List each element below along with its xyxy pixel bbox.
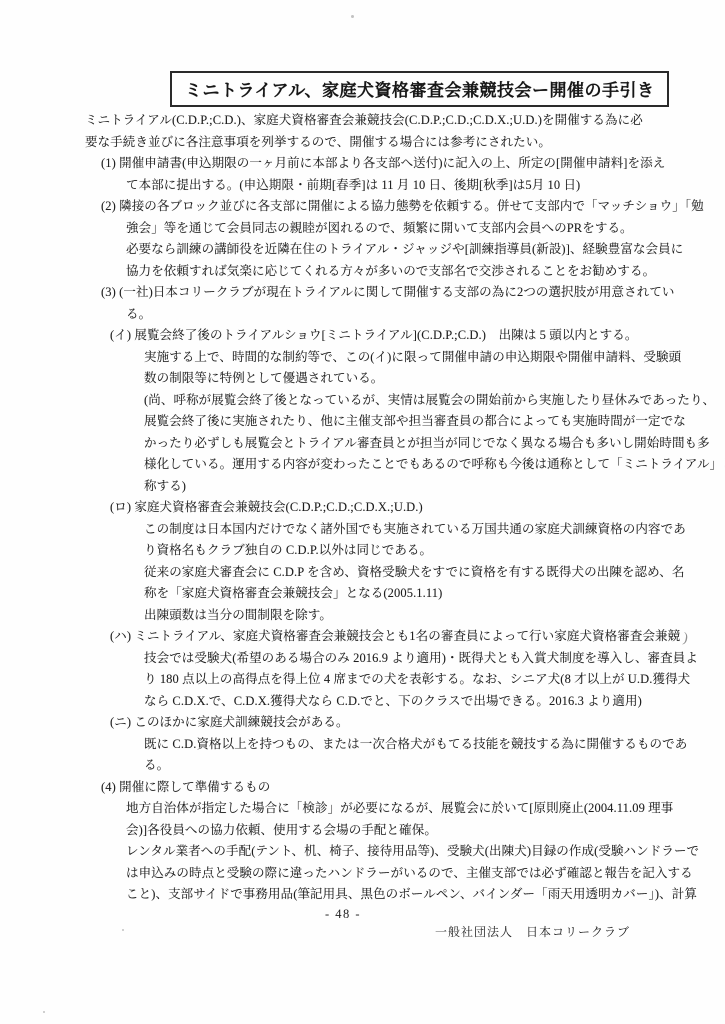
- text-line: (1) 開催申請書(申込期限の一ヶ月前に本部より各支部へ送付)に記入の上、所定の…: [85, 153, 685, 175]
- text-line: かったり必ずしも展覧会とトライアル審査員とが担当が同じでなく異なる場合も多いし開…: [85, 433, 685, 455]
- text-line: (3) (一社)日本コリークラブが現在トライアルに関して開催する支部の為に2つの…: [85, 282, 685, 304]
- text-line: 称する): [85, 476, 685, 498]
- text-line: 協力を依頼すれば気楽に応じてくれる方々が多いので支部名で交渉されることをお勧めす…: [85, 261, 685, 283]
- text-line: 技会では受験犬(希望のある場合のみ 2016.9 より適用)・既得犬とも入賞犬制…: [85, 648, 685, 670]
- text-line: り資格名もクラブ独自の C.D.P.以外は同じである。: [85, 540, 685, 562]
- footer-organization: 一般社団法人 日本コリークラブ: [435, 923, 630, 940]
- text-line: 展覧会終了後に実施されたり、他に主催支部や担当審査員の都合によっても実施時間が一…: [85, 411, 685, 433]
- text-line: (2) 隣接の各ブロック並びに各支部に開催による協力態勢を依頼する。併せて支部内…: [85, 196, 685, 218]
- text-line: (イ) 展覧会終了後のトライアルショウ[ミニトライアル](C.D.P.;C.D.…: [85, 325, 685, 347]
- text-line: 様化している。運用する内容が変わったことでもあるので呼称も今後は通称として「ミニ…: [85, 454, 685, 476]
- text-line: る。: [85, 755, 685, 777]
- text-line: 出陳頭数は当分の間制限を除す。: [85, 605, 685, 627]
- text-line: (ロ) 家庭犬資格審査会兼競技会(C.D.P.;C.D.;C.D.X.;U.D.…: [85, 497, 685, 519]
- text-line: 地方自治体が指定した場合に「検診」が必要になるが、展覧会に於いて[原則廃止(20…: [85, 798, 685, 820]
- text-line: 数の制限等に特例として優遇されている。: [85, 368, 685, 390]
- text-line: 称を「家庭犬資格審査会兼競技会」となる(2005.1.11): [85, 583, 685, 605]
- scan-speck: [122, 929, 124, 931]
- text-line: (ハ) ミニトライアル、家庭犬資格審査会兼競技会とも1名の審査員によって行い家庭…: [85, 626, 685, 648]
- text-line: 会)]各役員への協力依頼、使用する会場の手配と確保。: [85, 820, 685, 842]
- text-line: は申込みの時点と受験の際に違ったハンドラーがいるので、主催支部では必ず確認と報告…: [85, 863, 685, 885]
- scan-speck: [351, 15, 354, 18]
- text-line: 従来の家庭犬審査会に C.D.P を含め、資格受験犬をすでに資格を有する既得犬の…: [85, 562, 685, 584]
- text-line: て本部に提出する。(申込期限・前期[春季]は 11 月 10 日、後期[秋季]は…: [85, 175, 685, 197]
- text-line: なら C.D.X.で、C.D.X.獲得犬なら C.D.でと、下のクラスで出場でき…: [85, 691, 685, 713]
- document-title: ミニトライアル、家庭犬資格審査会兼競技会ー開催の手引き: [185, 81, 654, 100]
- scanned-document-page: ミニトライアル、家庭犬資格審査会兼競技会ー開催の手引き ミニトライアル(C.D.…: [0, 0, 725, 1024]
- document-body: ミニトライアル(C.D.P.;C.D.)、家庭犬資格審査会兼競技会(C.D.P.…: [85, 110, 685, 906]
- text-line: (4) 開催に際して準備するもの: [85, 777, 685, 799]
- text-line: ミニトライアル(C.D.P.;C.D.)、家庭犬資格審査会兼競技会(C.D.P.…: [85, 110, 685, 132]
- text-line: レンタル業者への手配(テント、机、椅子、接待用品等)、受験犬(出陳犬)目録の作成…: [85, 841, 685, 863]
- text-line: 既に C.D.資格以上を持つもの、または一次合格犬がもてる技能を競技する為に開催…: [85, 734, 685, 756]
- text-line: (尚、呼称が展覧会終了後となっているが、実情は展覧会の開始前から実施したり昼休み…: [85, 390, 685, 412]
- text-line: (ニ) このほかに家庭犬訓練競技会がある。: [85, 712, 685, 734]
- scan-speck: [43, 1011, 45, 1013]
- page-number: - 48 -: [325, 907, 361, 922]
- text-line: 必要なら訓練の講師役を近隣在住のトライアル・ジャッジや[訓練指導員(新設)]、経…: [85, 239, 685, 261]
- text-line: 実施する上で、時間的な制約等で、この(イ)に限って開催申請の申込期限や開催申請料…: [85, 347, 685, 369]
- text-line: この制度は日本国内だけでなく諸外国でも実施されている万国共通の家庭犬訓練資格の内…: [85, 519, 685, 541]
- document-title-box: ミニトライアル、家庭犬資格審査会兼競技会ー開催の手引き: [170, 71, 669, 107]
- text-line: る。: [85, 304, 685, 326]
- text-line: 要な手続き並びに各注意事項を列挙するので、開催する場合には参考にされたい。: [85, 132, 685, 154]
- text-line: こと)、支部サイドで事務用品(筆記用具、黒色のボールペン、バインダー「雨天用透明…: [85, 884, 685, 906]
- text-line: 強会」等を通じて会員同志の親睦が図れるので、頻繁に開いて支部内会員へのPRをする…: [85, 218, 685, 240]
- text-line: り 180 点以上の高得点を得上位 4 席までの犬を表彰する。なお、シニア犬(8…: [85, 669, 685, 691]
